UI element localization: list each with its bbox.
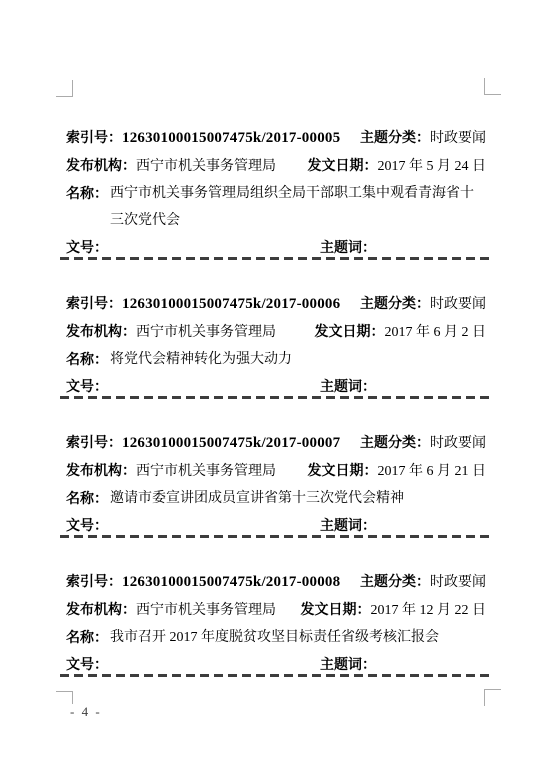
title-value: 我市召开 2017 年度脱贫攻坚目标责任省级考核汇报会 — [110, 624, 486, 651]
record: 索引号：12630100015007475k/2017-00006 主题分类：时… — [66, 290, 486, 399]
record-meta-row: 文号： 主题词： — [66, 373, 486, 401]
agency-field: 发布机构：西宁市机关事务管理局 — [66, 318, 276, 346]
category-field: 主题分类：时政要闻 — [360, 568, 486, 596]
date-value: 2017 年 12 月 22 日 — [371, 603, 487, 618]
date-value: 2017 年 6 月 2 日 — [385, 325, 487, 340]
date-field: 发文日期：2017 年 5 月 24 日 — [308, 152, 487, 180]
keywords-label: 主题词： — [320, 378, 376, 394]
record-title-row: 名称：将党代会精神转化为强大动力 — [66, 346, 486, 373]
record-index-row: 索引号：12630100015007475k/2017-00007 主题分类：时… — [66, 429, 486, 457]
doc-number-label: 文号： — [66, 656, 108, 672]
text-boundary-mark-bottom-right — [484, 689, 501, 706]
index-label: 索引号： — [66, 129, 122, 145]
agency-field: 发布机构：西宁市机关事务管理局 — [66, 596, 276, 624]
record: 索引号：12630100015007475k/2017-00005 主题分类：时… — [66, 124, 486, 260]
date-label: 发文日期： — [301, 601, 371, 617]
record-title-row: 名称：邀请市委宣讲团成员宣讲省第十三次党代会精神 — [66, 485, 486, 512]
doc-number-label: 文号： — [66, 239, 108, 255]
record-title-row: 名称：西宁市机关事务管理局组织全局干部职工集中观看青海省十三次党代会 — [66, 180, 486, 234]
category-value: 时政要闻 — [430, 131, 486, 146]
agency-field: 发布机构：西宁市机关事务管理局 — [66, 152, 276, 180]
index-value: 12630100015007475k/2017-00005 — [122, 130, 340, 146]
date-field: 发文日期：2017 年 6 月 2 日 — [315, 318, 487, 346]
category-value: 时政要闻 — [430, 436, 486, 451]
title-value: 西宁市机关事务管理局组织全局干部职工集中观看青海省十三次党代会 — [110, 180, 486, 234]
category-value: 时政要闻 — [430, 575, 486, 590]
category-field: 主题分类：时政要闻 — [360, 290, 486, 318]
index-field: 索引号：12630100015007475k/2017-00007 — [66, 429, 340, 457]
category-label: 主题分类： — [360, 295, 430, 311]
keywords-field: 主题词： — [320, 373, 376, 401]
page-number: - 4 - — [70, 704, 102, 720]
title-value: 将党代会精神转化为强大动力 — [110, 346, 486, 373]
date-label: 发文日期： — [308, 462, 378, 478]
index-value: 12630100015007475k/2017-00007 — [122, 435, 340, 451]
index-field: 索引号：12630100015007475k/2017-00005 — [66, 124, 340, 152]
index-value: 12630100015007475k/2017-00006 — [122, 296, 340, 312]
agency-value: 西宁市机关事务管理局 — [136, 464, 276, 479]
doc-number-label: 文号： — [66, 517, 108, 533]
record-index-row: 索引号：12630100015007475k/2017-00006 主题分类：时… — [66, 290, 486, 318]
record-meta-row: 文号： 主题词： — [66, 234, 486, 262]
date-field: 发文日期：2017 年 6 月 21 日 — [308, 457, 487, 485]
record-title-row: 名称：我市召开 2017 年度脱贫攻坚目标责任省级考核汇报会 — [66, 624, 486, 651]
category-value: 时政要闻 — [430, 297, 486, 312]
title-label: 名称： — [66, 485, 108, 512]
title-label: 名称： — [66, 180, 108, 207]
record-agency-row: 发布机构：西宁市机关事务管理局 发文日期：2017 年 6 月 2 日 — [66, 318, 486, 346]
category-field: 主题分类：时政要闻 — [360, 124, 486, 152]
record-index-row: 索引号：12630100015007475k/2017-00008 主题分类：时… — [66, 568, 486, 596]
date-label: 发文日期： — [315, 323, 385, 339]
keywords-field: 主题词： — [320, 234, 376, 262]
agency-label: 发布机构： — [66, 323, 136, 339]
record-meta-row: 文号： 主题词： — [66, 651, 486, 679]
record-agency-row: 发布机构：西宁市机关事务管理局 发文日期：2017 年 5 月 24 日 — [66, 152, 486, 180]
index-label: 索引号： — [66, 573, 122, 589]
agency-value: 西宁市机关事务管理局 — [136, 159, 276, 174]
index-label: 索引号： — [66, 434, 122, 450]
title-value: 邀请市委宣讲团成员宣讲省第十三次党代会精神 — [110, 485, 486, 512]
agency-value: 西宁市机关事务管理局 — [136, 325, 276, 340]
doc-number-label: 文号： — [66, 378, 108, 394]
category-field: 主题分类：时政要闻 — [360, 429, 486, 457]
records-list: 索引号：12630100015007475k/2017-00005 主题分类：时… — [66, 124, 486, 707]
record-agency-row: 发布机构：西宁市机关事务管理局 发文日期：2017 年 6 月 21 日 — [66, 457, 486, 485]
agency-label: 发布机构： — [66, 462, 136, 478]
index-value: 12630100015007475k/2017-00008 — [122, 574, 340, 590]
agency-label: 发布机构： — [66, 601, 136, 617]
record-agency-row: 发布机构：西宁市机关事务管理局 发文日期：2017 年 12 月 22 日 — [66, 596, 486, 624]
date-value: 2017 年 6 月 21 日 — [378, 464, 487, 479]
agency-value: 西宁市机关事务管理局 — [136, 603, 276, 618]
agency-label: 发布机构： — [66, 157, 136, 173]
title-label: 名称： — [66, 624, 108, 651]
record-meta-row: 文号： 主题词： — [66, 512, 486, 540]
keywords-field: 主题词： — [320, 651, 376, 679]
category-label: 主题分类： — [360, 129, 430, 145]
index-label: 索引号： — [66, 295, 122, 311]
date-label: 发文日期： — [308, 157, 378, 173]
category-label: 主题分类： — [360, 434, 430, 450]
index-field: 索引号：12630100015007475k/2017-00008 — [66, 568, 340, 596]
document-page: 索引号：12630100015007475k/2017-00005 主题分类：时… — [0, 0, 551, 781]
text-boundary-mark-top-right — [484, 78, 501, 95]
date-field: 发文日期：2017 年 12 月 22 日 — [301, 596, 487, 624]
record-index-row: 索引号：12630100015007475k/2017-00005 主题分类：时… — [66, 124, 486, 152]
keywords-label: 主题词： — [320, 656, 376, 672]
category-label: 主题分类： — [360, 573, 430, 589]
agency-field: 发布机构：西宁市机关事务管理局 — [66, 457, 276, 485]
record: 索引号：12630100015007475k/2017-00007 主题分类：时… — [66, 429, 486, 538]
keywords-label: 主题词： — [320, 517, 376, 533]
text-boundary-mark-top-left — [56, 80, 73, 97]
keywords-field: 主题词： — [320, 512, 376, 540]
keywords-label: 主题词： — [320, 239, 376, 255]
record: 索引号：12630100015007475k/2017-00008 主题分类：时… — [66, 568, 486, 677]
title-label: 名称： — [66, 346, 108, 373]
index-field: 索引号：12630100015007475k/2017-00006 — [66, 290, 340, 318]
date-value: 2017 年 5 月 24 日 — [378, 159, 487, 174]
